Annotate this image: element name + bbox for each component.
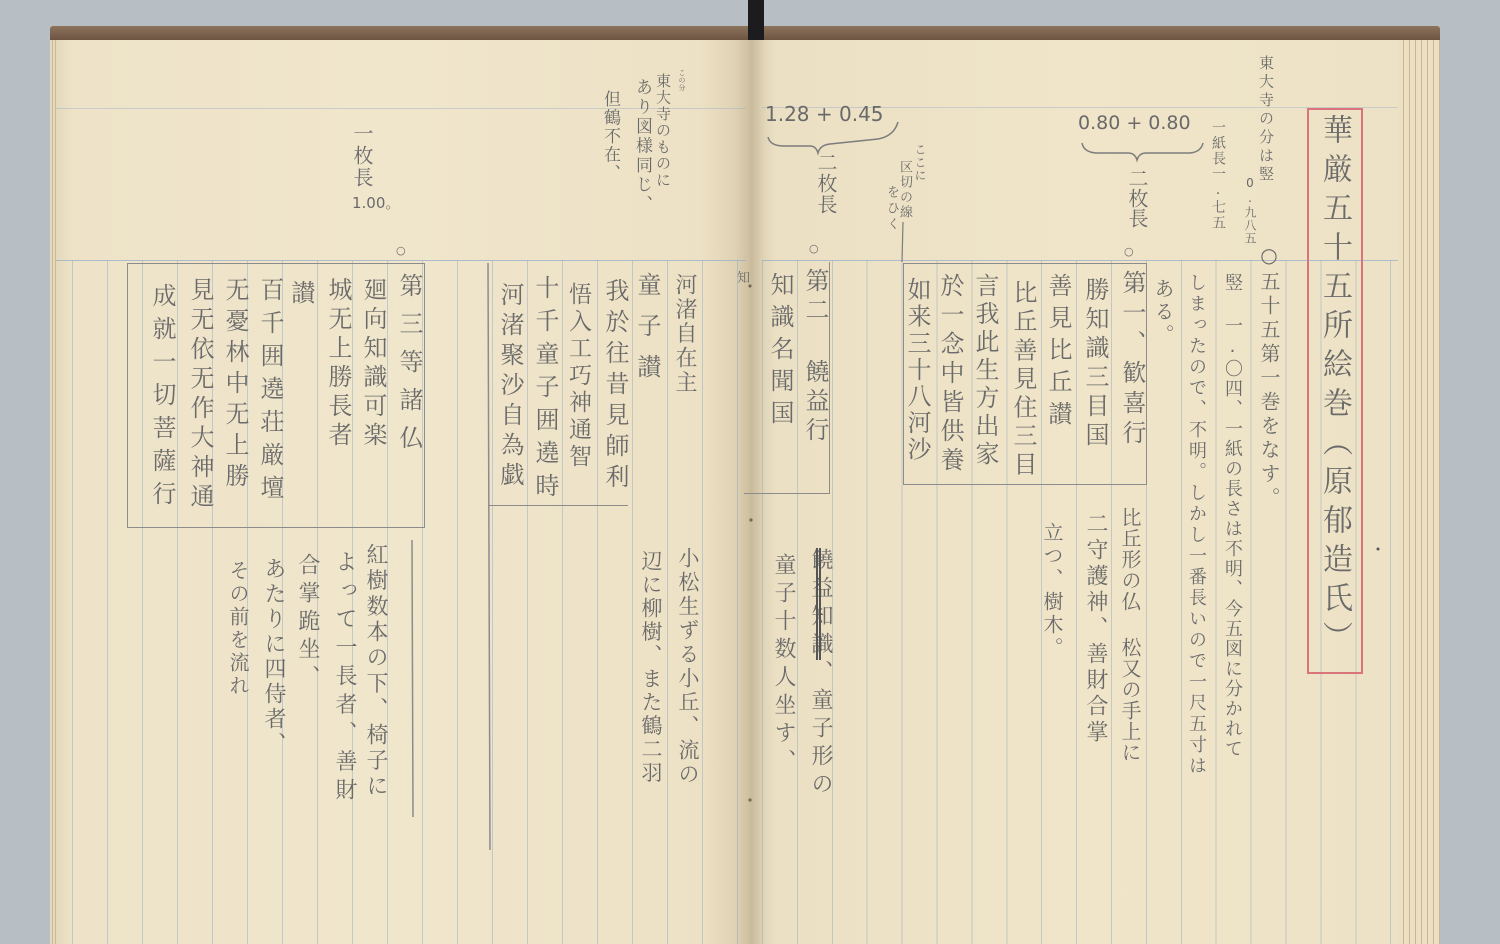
intro-column-1: ○五十五第一巻をなす。 [1259, 243, 1279, 511]
measure-c-value: 1.00。 [352, 196, 400, 211]
measure-b-sum: 1.28 + 0.45 [765, 104, 884, 124]
box-1-column: 如来三十八河沙 [905, 277, 929, 463]
box-1-column: 言我此生方出家 [973, 273, 997, 469]
box-2-left-column: 河渚聚沙自為戯 [498, 282, 522, 492]
book-spine-clip [748, 0, 764, 42]
box-1-column: 比丘善見住三目 [1011, 280, 1035, 480]
box-3-column: 廻向知識可楽 [361, 277, 385, 451]
box-3-column: 見无依无作大神通 [188, 277, 212, 513]
box-2-left-column: 悟入工巧神通智 [566, 282, 589, 471]
gutter-mark: 知 [737, 272, 750, 285]
scene-3-column: その前を流れ [228, 560, 248, 698]
struck-text: 饒益知識 [808, 548, 833, 660]
intro-column-4: ある。 [1153, 278, 1173, 347]
measure-b-marker: ○ [809, 243, 819, 254]
comparison-note-line-1: この分 [678, 69, 685, 92]
scene-3-column: 合掌跪坐、 [296, 553, 318, 693]
measure-c-label: 一枚長 [352, 123, 372, 189]
box-3-column: 第三等諸仏 [397, 273, 421, 463]
comparison-note-line-3: あり図様同じ、 [633, 78, 650, 215]
intro-column-2: 竪 一.〇四、一紙の長さは不明、今五図に分かれて [1223, 273, 1241, 759]
box-2-left-column: 十千童子囲遶時 [533, 275, 557, 506]
scene-2-text: 、童子形の [808, 660, 833, 800]
intro-column-3: しまったので、不明。しかし一番長いので一尺五寸は [1187, 273, 1205, 777]
measure-c-marker: ○ [396, 245, 406, 256]
scene-2-continued-column: 小松生ずる小丘、流の [677, 547, 698, 787]
book-cover-top-edge [50, 26, 1440, 40]
box-2-left-column: 童子讃 [635, 272, 659, 395]
box-3-column: 成就一切菩薩行 [150, 283, 174, 514]
todaiji-height-note: 0.九八五 [1244, 176, 1256, 245]
scene-3-column: 紅樹数本の下、椅子に [364, 543, 386, 800]
right-page-stack-edges [1398, 40, 1440, 944]
box-3-column: 城无上勝長者 [326, 277, 350, 451]
measure-b-label: 二枚長 [816, 152, 836, 215]
sheet-length-note: 一紙長一.七五 [1211, 120, 1225, 231]
left-page-edges [50, 40, 56, 944]
scene-3-column: あたりに四侍者、 [262, 557, 284, 757]
box-1-column: 勝知識三目国 [1083, 277, 1107, 451]
scene-2-continued-column: 辺に柳樹、また鶴二羽 [640, 550, 661, 785]
measure-a-label: 二枚長 [1127, 168, 1147, 228]
scene-2-column-1: 饒益知識、童子形の [809, 548, 831, 800]
scene-1-column: 立つ、樹木。 [1042, 522, 1062, 660]
box-2-right-column: 第二 饒益行 [803, 268, 827, 446]
divider-note-line-3: をひく [885, 185, 898, 233]
box-2-right-column: 知識名聞国 [768, 272, 792, 432]
scene-1-column: 二守護神、善財合掌 [1084, 512, 1106, 746]
measure-a-marker: ○ [1124, 246, 1134, 257]
box-1-column: 善見比丘讃 [1046, 273, 1070, 433]
box-3-column: 百千囲遶荘厳壇 [258, 277, 282, 508]
box-1-column: 第一、歓喜行 [1120, 270, 1144, 450]
divider-note-line-2: 区切の線 [898, 160, 911, 220]
measure-a-sum: 0.80 + 0.80 [1078, 114, 1191, 133]
comparison-note-line-2: 東大寺のものに [655, 73, 670, 189]
divider-note-line-1: ここに [914, 143, 926, 182]
box-3-column: 讃 [289, 280, 313, 304]
title-text: 華厳五十五所絵巻（原郁造氏） [1319, 114, 1349, 660]
box-1-column: 於一念中皆供養 [938, 273, 962, 476]
scene-3-column: よって一長者、善財 [333, 550, 355, 807]
box-3-column: 无憂林中无上勝 [223, 277, 247, 494]
todaiji-note: 東大寺の分は竪 [1258, 55, 1273, 185]
scene-2-column-2: 童子十数人坐す、 [772, 553, 794, 777]
comparison-note-line-4: 但鶴不在、 [601, 90, 618, 183]
box-2-left-column: 我於往昔見師利 [603, 278, 627, 495]
box-2-left-column: 河渚自在主 [673, 273, 695, 395]
scene-1-column: 比丘形の仏 松又の手上に [1120, 507, 1140, 763]
